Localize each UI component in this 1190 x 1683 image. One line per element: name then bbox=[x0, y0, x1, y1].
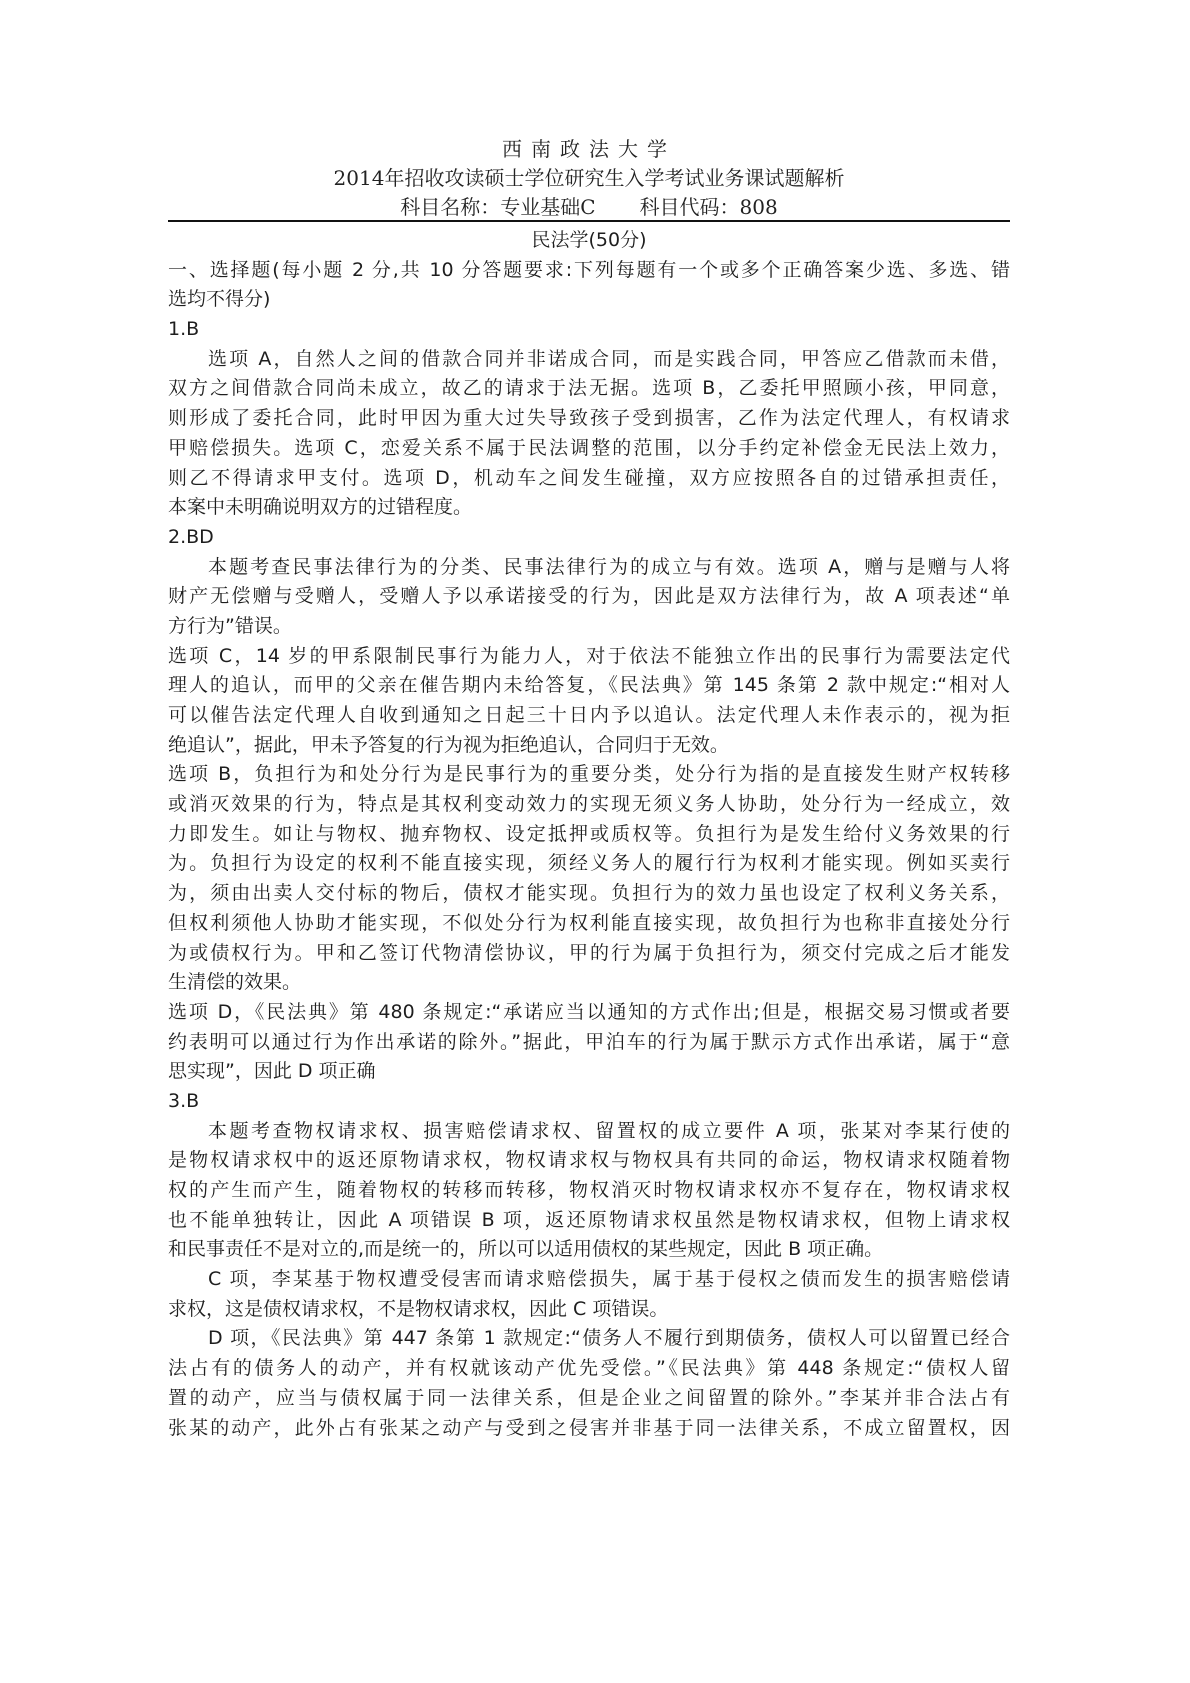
text-line: 法占有的债务人的动产，并有权就该动产优先受偿。”《民法典》第 448 条规定:“… bbox=[168, 1354, 1010, 1384]
text-line: 选项 D，《民法典》第 480 条规定:“承诺应当以通知的方式作出;但是，根据交… bbox=[168, 998, 1010, 1028]
text-line: 方行为”错误。 bbox=[168, 612, 1010, 642]
text-line: 理人的追认，而甲的父亲在催告期内未给答复，《民法典》第 145 条第 2 款中规… bbox=[168, 671, 1010, 701]
text-line: D 项，《民法典》第 447 条第 1 款规定:“债务人不履行到期债务，债权人可… bbox=[168, 1324, 1010, 1354]
text-line: 和民事责任不是对立的,而是统一的，所以可以适用债权的某些规定，因此 B 项正确。 bbox=[168, 1235, 1010, 1265]
text-line: 是物权请求权中的返还原物请求权，物权请求权与物权具有共同的命运，物权请求权随着物 bbox=[168, 1146, 1010, 1176]
text-line: 则形成了委托合同，此时甲因为重大过失导致孩子受到损害，乙作为法定代理人，有权请求 bbox=[168, 404, 1010, 434]
text-line: 本案中未明确说明双方的过错程度。 bbox=[168, 493, 1010, 523]
text-line: 本题考查物权请求权、损害赔偿请求权、留置权的成立要件 A 项，张某对李某行使的 bbox=[168, 1117, 1010, 1147]
text-line: 思实现”，因此 D 项正确 bbox=[168, 1057, 1010, 1087]
text-line: 绝追认”，据此，甲未予答复的行为视为拒绝追认，合同归于无效。 bbox=[168, 731, 1010, 761]
text-line: 或消灭效果的行为，特点是其权利变动效力的实现无须义务人协助，处分行为一经成立，效 bbox=[168, 790, 1010, 820]
text-line: 则乙不得请求甲支付。选项 D，机动车之间发生碰撞，双方应按照各自的过错承担责任， bbox=[168, 464, 1010, 494]
text-line: 甲赔偿损失。选项 C，恋爱关系不属于民法调整的范围，以分手约定补偿金无民法上效力… bbox=[168, 434, 1010, 464]
text-line: 但权利须他人协助才能实现，不似处分行为权利能直接实现，故负担行为也称非直接处分行 bbox=[168, 909, 1010, 939]
section-title: 民法学(50分) bbox=[168, 226, 1010, 256]
school-name: 西南政法大学 bbox=[168, 136, 1010, 162]
text-line: 选项 C，14 岁的甲系限制民事行为能力人，对于依法不能独立作出的民事行为需要法… bbox=[168, 642, 1010, 672]
header-divider bbox=[168, 220, 1010, 222]
text-line: 置的动产，应当与债权属于同一法律关系，但是企业之间留置的除外。”李某并非合法占有 bbox=[168, 1384, 1010, 1414]
answer-key: 2.BD bbox=[168, 523, 1010, 553]
answer-key: 3.B bbox=[168, 1087, 1010, 1117]
text-line: 本题考查民事法律行为的分类、民事法律行为的成立与有效。选项 A，赠与是赠与人将 bbox=[168, 553, 1010, 583]
text-line: 双方之间借款合同尚未成立，故乙的请求于法无据。选项 B，乙委托甲照顾小孩，甲同意… bbox=[168, 374, 1010, 404]
text-line: 张某的动产，此外占有张某之动产与受到之侵害并非基于同一法律关系，不成立留置权，因 bbox=[168, 1414, 1010, 1444]
text-line: 选均不得分) bbox=[168, 285, 1010, 315]
text-line: 生清偿的效果。 bbox=[168, 968, 1010, 998]
text-line: 约表明可以通过行为作出承诺的除外。”据此，甲泊车的行为属于默示方式作出承诺，属于… bbox=[168, 1028, 1010, 1058]
text-line: 为，须由出卖人交付标的物后，债权才能实现。负担行为的效力虽也设定了权利义务关系， bbox=[168, 879, 1010, 909]
text-line: 一、选择题(每小题 2 分,共 10 分答题要求:下列每题有一个或多个正确答案少… bbox=[168, 256, 1010, 286]
text-line: 力即发生。如让与物权、抛弃物权、设定抵押或质权等。负担行为是发生给付义务效果的行 bbox=[168, 820, 1010, 850]
document-page: 西南政法大学 2014年招收攻读硕士学位研究生入学考试业务课试题解析 科目名称：… bbox=[0, 0, 1190, 1683]
subject-name: 科目名称：专业基础C bbox=[400, 195, 595, 219]
text-line: 为。负担行为设定的权利不能直接实现，须经义务人的履行行为权利才能实现。例如买卖行 bbox=[168, 849, 1010, 879]
subject-code: 科目代码：808 bbox=[640, 195, 778, 219]
text-line: 求权，这是债权请求权，不是物权请求权，因此 C 项错误。 bbox=[168, 1295, 1010, 1325]
text-line: 也不能单独转让，因此 A 项错误 B 项，返还原物请求权虽然是物权请求权，但物上… bbox=[168, 1206, 1010, 1236]
answer-key: 1.B bbox=[168, 315, 1010, 345]
subject-info: 科目名称：专业基础C科目代码：808 bbox=[168, 194, 1010, 220]
text-line: 为或债权行为。甲和乙签订代物清偿协议，甲的行为属于负担行为，须交付完成之后才能发 bbox=[168, 939, 1010, 969]
text-line: C 项，李某基于物权遭受侵害而请求赔偿损失，属于基于侵权之债而发生的损害赔偿请 bbox=[168, 1265, 1010, 1295]
text-line: 选项 B，负担行为和处分行为是民事行为的重要分类，处分行为指的是直接发生财产权转… bbox=[168, 760, 1010, 790]
answer-text: 一、选择题(每小题 2 分,共 10 分答题要求:下列每题有一个或多个正确答案少… bbox=[168, 256, 1010, 1444]
text-line: 财产无偿赠与受赠人，受赠人予以承诺接受的行为，因此是双方法律行为，故 A 项表述… bbox=[168, 582, 1010, 612]
text-line: 选项 A，自然人之间的借款合同并非诺成合同，而是实践合同，甲答应乙借款而未借， bbox=[168, 345, 1010, 375]
text-line: 可以催告法定代理人自收到通知之日起三十日内予以追认。法定代理人未作表示的，视为拒 bbox=[168, 701, 1010, 731]
exam-title: 2014年招收攻读硕士学位研究生入学考试业务课试题解析 bbox=[168, 165, 1010, 191]
text-line: 权的产生而产生，随着物权的转移而转移，物权消灭时物权请求权亦不复存在，物权请求权 bbox=[168, 1176, 1010, 1206]
document-body: 民法学(50分) 一、选择题(每小题 2 分,共 10 分答题要求:下列每题有一… bbox=[168, 226, 1010, 1443]
